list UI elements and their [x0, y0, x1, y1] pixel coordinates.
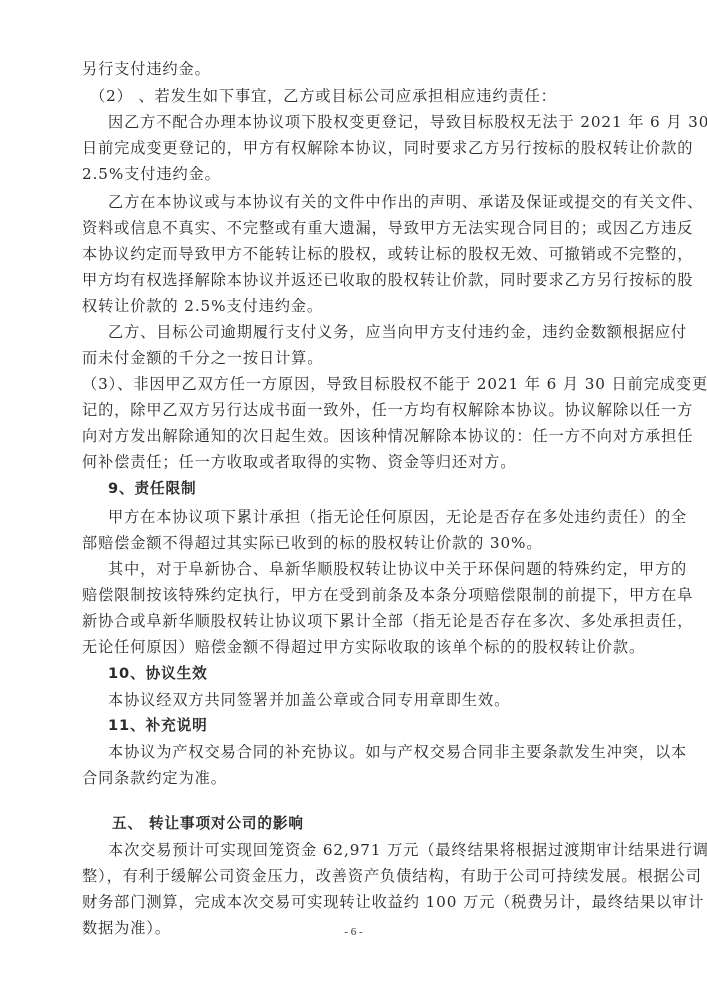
- paragraph-line: 本次交易预计可实现回笼资金 62,971 万元（最终结果将根据过渡期审计结果进行…: [108, 838, 642, 862]
- paragraph-line: 因乙方不配合办理本协议项下股权变更登记，导致目标股权无法于 2021 年 6 月…: [108, 110, 642, 134]
- paragraph-line: 无论任何原因）赔偿金额不得超过甲方实际收取的该单个标的的股权转让价款。: [82, 635, 645, 659]
- section-heading: 五、 转让事项对公司的影响: [112, 812, 304, 836]
- paragraph-line: 乙方、目标公司逾期履行支付义务，应当向甲方支付违约金，违约金数额根据应付: [108, 320, 642, 344]
- paragraph-line: 本协议为产权交易合同的补充协议。如与产权交易合同非主要条款发生冲突，以本: [108, 740, 642, 764]
- paragraph-line: 2.5%支付违约金。: [82, 162, 221, 186]
- paragraph-line: 赔偿限制按该特殊约定执行，甲方在受到前条及本条分项赔偿限制的前提下，甲方在阜: [82, 583, 642, 607]
- page-number: - 6 -: [0, 926, 707, 938]
- paragraph-line: 合同条款约定为准。: [82, 766, 227, 790]
- paragraph-line: 甲方均有权选择解除本协议并返还已收取的股权转让价款，同时要求乙方另行按标的股: [82, 268, 642, 292]
- paragraph-line: 乙方在本协议或与本协议有关的文件中作出的声明、承诺及保证或提交的有关文件、: [108, 190, 642, 214]
- paragraph-line: 另行支付违约金。: [82, 57, 211, 81]
- paragraph-line: 部赔偿金额不得超过其实际已收到的标的股权转让价款的 30%。: [82, 531, 542, 555]
- paragraph-line: 整），有利于缓解公司资金压力，改善资产负债结构，有助于公司可持续发展。根据公司: [82, 864, 642, 888]
- paragraph-line: 而未付金额的千分之一按日计算。: [82, 346, 323, 370]
- paragraph-line: 其中，对于阜新协合、阜新华顺股权转让协议中关于环保问题的特殊约定，甲方的: [108, 557, 642, 581]
- paragraph-line: （3）、非因甲乙双方任一方原因，导致目标股权不能于 2021 年 6 月 30 …: [82, 372, 642, 396]
- section-heading: 11、补充说明: [108, 714, 208, 738]
- paragraph-line: 本协议约定而导致甲方不能转让标的股权，或转让标的股权无效、可撤销或不完整的，: [82, 242, 642, 266]
- paragraph-line: 向对方发出解除通知的次日起生效。因该种情况解除本协议的：任一方不向对方承担任: [82, 424, 642, 448]
- section-heading: 9、责任限制: [108, 477, 197, 501]
- paragraph-line: 日前完成变更登记的，甲方有权解除本协议，同时要求乙方另行按标的股权转让价款的: [82, 136, 642, 160]
- paragraph-line: 财务部门测算，完成本次交易可实现转让收益约 100 万元（税费另计，最终结果以审…: [82, 890, 642, 914]
- paragraph-line: 何补偿责任；任一方收取或者取得的实物、资金等归还对方。: [82, 450, 516, 474]
- paragraph-line: 权转让价款的 2.5%支付违约金。: [82, 294, 323, 318]
- section-heading: 10、协议生效: [108, 662, 208, 686]
- paragraph-line: 新协合或阜新华顺股权转让协议项下累计全部（指无论是否存在多次、多处承担责任，: [82, 609, 642, 633]
- paragraph-line: 本协议经双方共同签署并加盖公章或合同专用章即生效。: [108, 688, 510, 712]
- paragraph-line: 资料或信息不真实、不完整或有重大遗漏，导致甲方无法实现合同目的；或因乙方违反: [82, 216, 642, 240]
- paragraph-line: 记的，除甲乙双方另行达成书面一致外，任一方均有权解除本协议。协议解除以任一方: [82, 398, 642, 422]
- paragraph-line: 甲方在本协议项下累计承担（指无论任何原因，无论是否存在多处违约责任）的全: [108, 505, 642, 529]
- paragraph-line: （2） 、若发生如下事宜，乙方或目标公司应承担相应违约责任：: [90, 84, 557, 108]
